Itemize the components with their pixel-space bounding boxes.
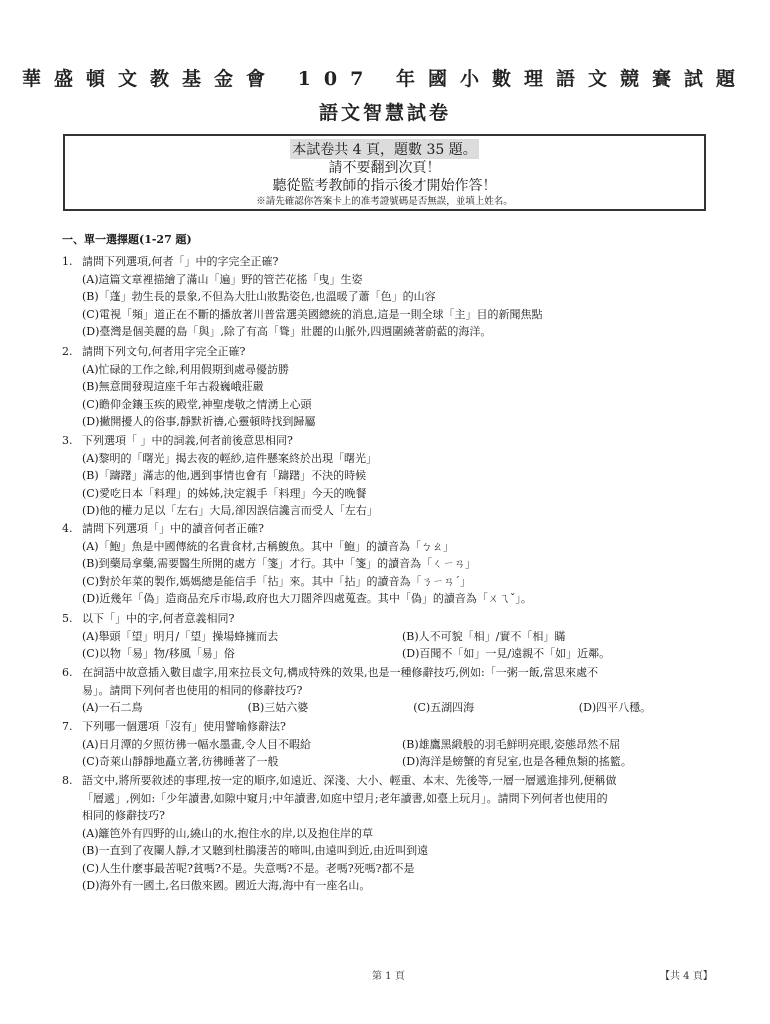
option-a: (A)「鮑」魚是中國傳統的名貴食材,古稱鰒魚。其中「鮑」的讀音為「ㄅㄠ」 bbox=[82, 538, 722, 556]
option-d: (D)他的權力足以「左右」大局,卻因誤信讒言而受人「左右」 bbox=[82, 502, 722, 520]
option-d: (D)海外有一國土,名曰傲來國。國近大海,海中有一座名山。 bbox=[82, 877, 722, 895]
option-a: (A)忙碌的工作之餘,利用假期到處尋優訪勝 bbox=[82, 361, 722, 379]
option-c: (C)五湖四海 bbox=[413, 699, 579, 717]
question-stem-cont: 「層遞」,例如:「少年讀書,如隙中窺月;中年讀書,如庭中望月;老年讀書,如臺上玩… bbox=[82, 790, 722, 808]
option-b: (B)到藥局拿藥,需要醫生所開的處方「箋」才行。其中「箋」的讀音為「ㄑㄧㄢ」 bbox=[82, 555, 722, 573]
option-d: (D)百聞不「如」一見/遠親不「如」近鄰。 bbox=[402, 645, 722, 663]
option-b: (B)一直到了夜闌人靜,才又聽到杜鵑淒苦的啼叫,由遠叫到近,由近叫到遠 bbox=[82, 842, 722, 860]
exam-subtitle: 語文智慧試卷 bbox=[0, 98, 770, 125]
section-heading: 一、單一選擇題(1-27 題) bbox=[62, 231, 192, 247]
exam-title: 華盛頓文教基金會 107 年國小數理語文競賽試題 bbox=[0, 64, 770, 91]
option-d: (D)撇開擾人的俗事,靜默祈禱,心靈頓時找到歸屬 bbox=[82, 413, 722, 431]
option-a: (A)日月潭的夕照彷彿一幅水墨畫,令人目不暇給 bbox=[82, 736, 402, 754]
total-pages: 【共 4 頁】 bbox=[660, 967, 713, 982]
question-number: 3. bbox=[62, 432, 73, 450]
instructions-box: 本試卷共 4 頁，題數 35 題。 請不要翻到次頁！ 聽從監考教師的指示後才開始… bbox=[63, 134, 706, 211]
option-a: (A)這篇文章裡描繪了滿山「遍」野的管芒花搖「曳」生姿 bbox=[82, 271, 722, 289]
verify-id-note: ※請先確認你答案卡上的准考證號碼是否無誤，並填上姓名。 bbox=[65, 195, 704, 209]
question-stem: 以下「」中的字,何者意義相同? bbox=[82, 610, 722, 628]
question-number: 7. bbox=[62, 718, 73, 736]
question-7: 7. 下列哪一個選項「沒有」使用譬喻修辭法? (A)日月潭的夕照彷彿一幅水墨畫,… bbox=[62, 718, 722, 771]
question-8: 8. 語文中,將所要敘述的事理,按一定的順序,如遠近、深淺、大小、輕重、本末、先… bbox=[62, 772, 722, 895]
question-5: 5. 以下「」中的字,何者意義相同? (A)舉頭「望」明月/「望」操場蜂擁而去 … bbox=[62, 610, 722, 663]
question-stem: 語文中,將所要敘述的事理,按一定的順序,如遠近、深淺、大小、輕重、本末、先後等,… bbox=[82, 772, 722, 790]
do-not-turn-note: 請不要翻到次頁！ bbox=[65, 159, 704, 177]
question-stem: 下列選項「 」中的詞義,何者前後意思相同? bbox=[82, 432, 722, 450]
question-3: 3. 下列選項「 」中的詞義,何者前後意思相同? (A)黎明的「曙光」揭去夜的輕… bbox=[62, 432, 722, 520]
option-c: (C)愛吃日本「料理」的姊姊,決定親手「料理」今天的晚餐 bbox=[82, 485, 722, 503]
option-c: (C)電視「頻」道正在不斷的播放著川普當選美國總統的消息,這是一則全球「主」目的… bbox=[82, 306, 722, 324]
question-stem: 請問下列選項,何者「」中的字完全正確? bbox=[82, 253, 722, 271]
question-number: 4. bbox=[62, 520, 73, 538]
question-stem-cont: 易」。請問下列何者也使用的相同的修辭技巧? bbox=[82, 682, 722, 700]
option-d: (D)四平八穩。 bbox=[579, 699, 722, 717]
question-stem: 在詞語中故意插入數目虛字,用來拉長文句,構成特殊的效果,也是一種修辭技巧,例如:… bbox=[82, 664, 722, 682]
option-a: (A)籬笆外有四野的山,繞山的水,抱住水的岸,以及抱住岸的草 bbox=[82, 825, 722, 843]
option-c: (C)人生什麼事最苦呢?貧嗎?不是。失意嗎?不是。老嗎?死嗎?都不是 bbox=[82, 860, 722, 878]
question-number: 2. bbox=[62, 343, 73, 361]
follow-proctor-note: 聽從監考教師的指示後才開始作答！ bbox=[65, 177, 704, 195]
option-b: (B)人不可貌「相」/實不「相」瞞 bbox=[402, 628, 722, 646]
question-stem-cont: 相同的修辭技巧? bbox=[82, 807, 722, 825]
question-stem: 請問下列選項「」中的讀音何者正確? bbox=[82, 520, 722, 538]
option-d: (D)臺灣是個美麗的島「與」,除了有高「聳」壯麗的山脈外,四週圍繞著蔚藍的海洋。 bbox=[82, 323, 722, 341]
question-number: 8. bbox=[62, 772, 73, 790]
option-a: (A)舉頭「望」明月/「望」操場蜂擁而去 bbox=[82, 628, 402, 646]
option-b: (B)「蓬」勃生長的景象,不但為大肚山妝點姿色,也溫暖了蕭「色」的山容 bbox=[82, 288, 722, 306]
question-1: 1. 請問下列選項,何者「」中的字完全正確? (A)這篇文章裡描繪了滿山「遍」野… bbox=[62, 253, 722, 341]
option-b: (B)「躊躇」滿志的他,遇到事情也會有「躊躇」不決的時候 bbox=[82, 467, 722, 485]
page-count-note: 本試卷共 4 頁，題數 35 題。 bbox=[290, 139, 479, 159]
option-b: (B)無意間發現這座千年古殺巍峨莊嚴 bbox=[82, 378, 722, 396]
option-c: (C)奇萊山靜靜地矗立著,彷彿睡著了一般 bbox=[82, 753, 402, 771]
option-c: (C)瞻仰金鑲玉疾的殿堂,神聖虔敬之情湧上心頭 bbox=[82, 396, 722, 414]
question-4: 4. 請問下列選項「」中的讀音何者正確? (A)「鮑」魚是中國傳統的名貴食材,古… bbox=[62, 520, 722, 608]
option-b: (B)三姑六婆 bbox=[248, 699, 414, 717]
question-stem: 下列哪一個選項「沒有」使用譬喻修辭法? bbox=[82, 718, 722, 736]
question-2: 2. 請問下列文句,何者用字完全正確? (A)忙碌的工作之餘,利用假期到處尋優訪… bbox=[62, 343, 722, 431]
question-number: 6. bbox=[62, 664, 73, 682]
question-number: 1. bbox=[62, 253, 73, 271]
option-a: (A)一石二鳥 bbox=[82, 699, 248, 717]
page-number: 第 1 頁 bbox=[372, 967, 405, 982]
option-d: (D)近幾年「偽」造商品充斥市場,政府也大刀闊斧四處蒐查。其中「偽」的讀音為「ㄨ… bbox=[82, 590, 722, 608]
option-d: (D)海洋是螃蟹的育兒室,也是各種魚類的搖籃。 bbox=[402, 753, 722, 771]
question-6: 6. 在詞語中故意插入數目虛字,用來拉長文句,構成特殊的效果,也是一種修辭技巧,… bbox=[62, 664, 722, 717]
option-c: (C)以物「易」物/移風「易」俗 bbox=[82, 645, 402, 663]
option-c: (C)對於年菜的製作,媽媽總是能信手「拈」來。其中「拈」的讀音為「ㄋㄧㄢˊ」 bbox=[82, 573, 722, 591]
question-number: 5. bbox=[62, 610, 73, 628]
option-a: (A)黎明的「曙光」揭去夜的輕紗,這件懸案終於出現「曙光」 bbox=[82, 450, 722, 468]
option-b: (B)雄鷹黑緞般的羽毛鮮明亮眼,姿態昂然不屈 bbox=[402, 736, 722, 754]
question-stem: 請問下列文句,何者用字完全正確? bbox=[82, 343, 722, 361]
